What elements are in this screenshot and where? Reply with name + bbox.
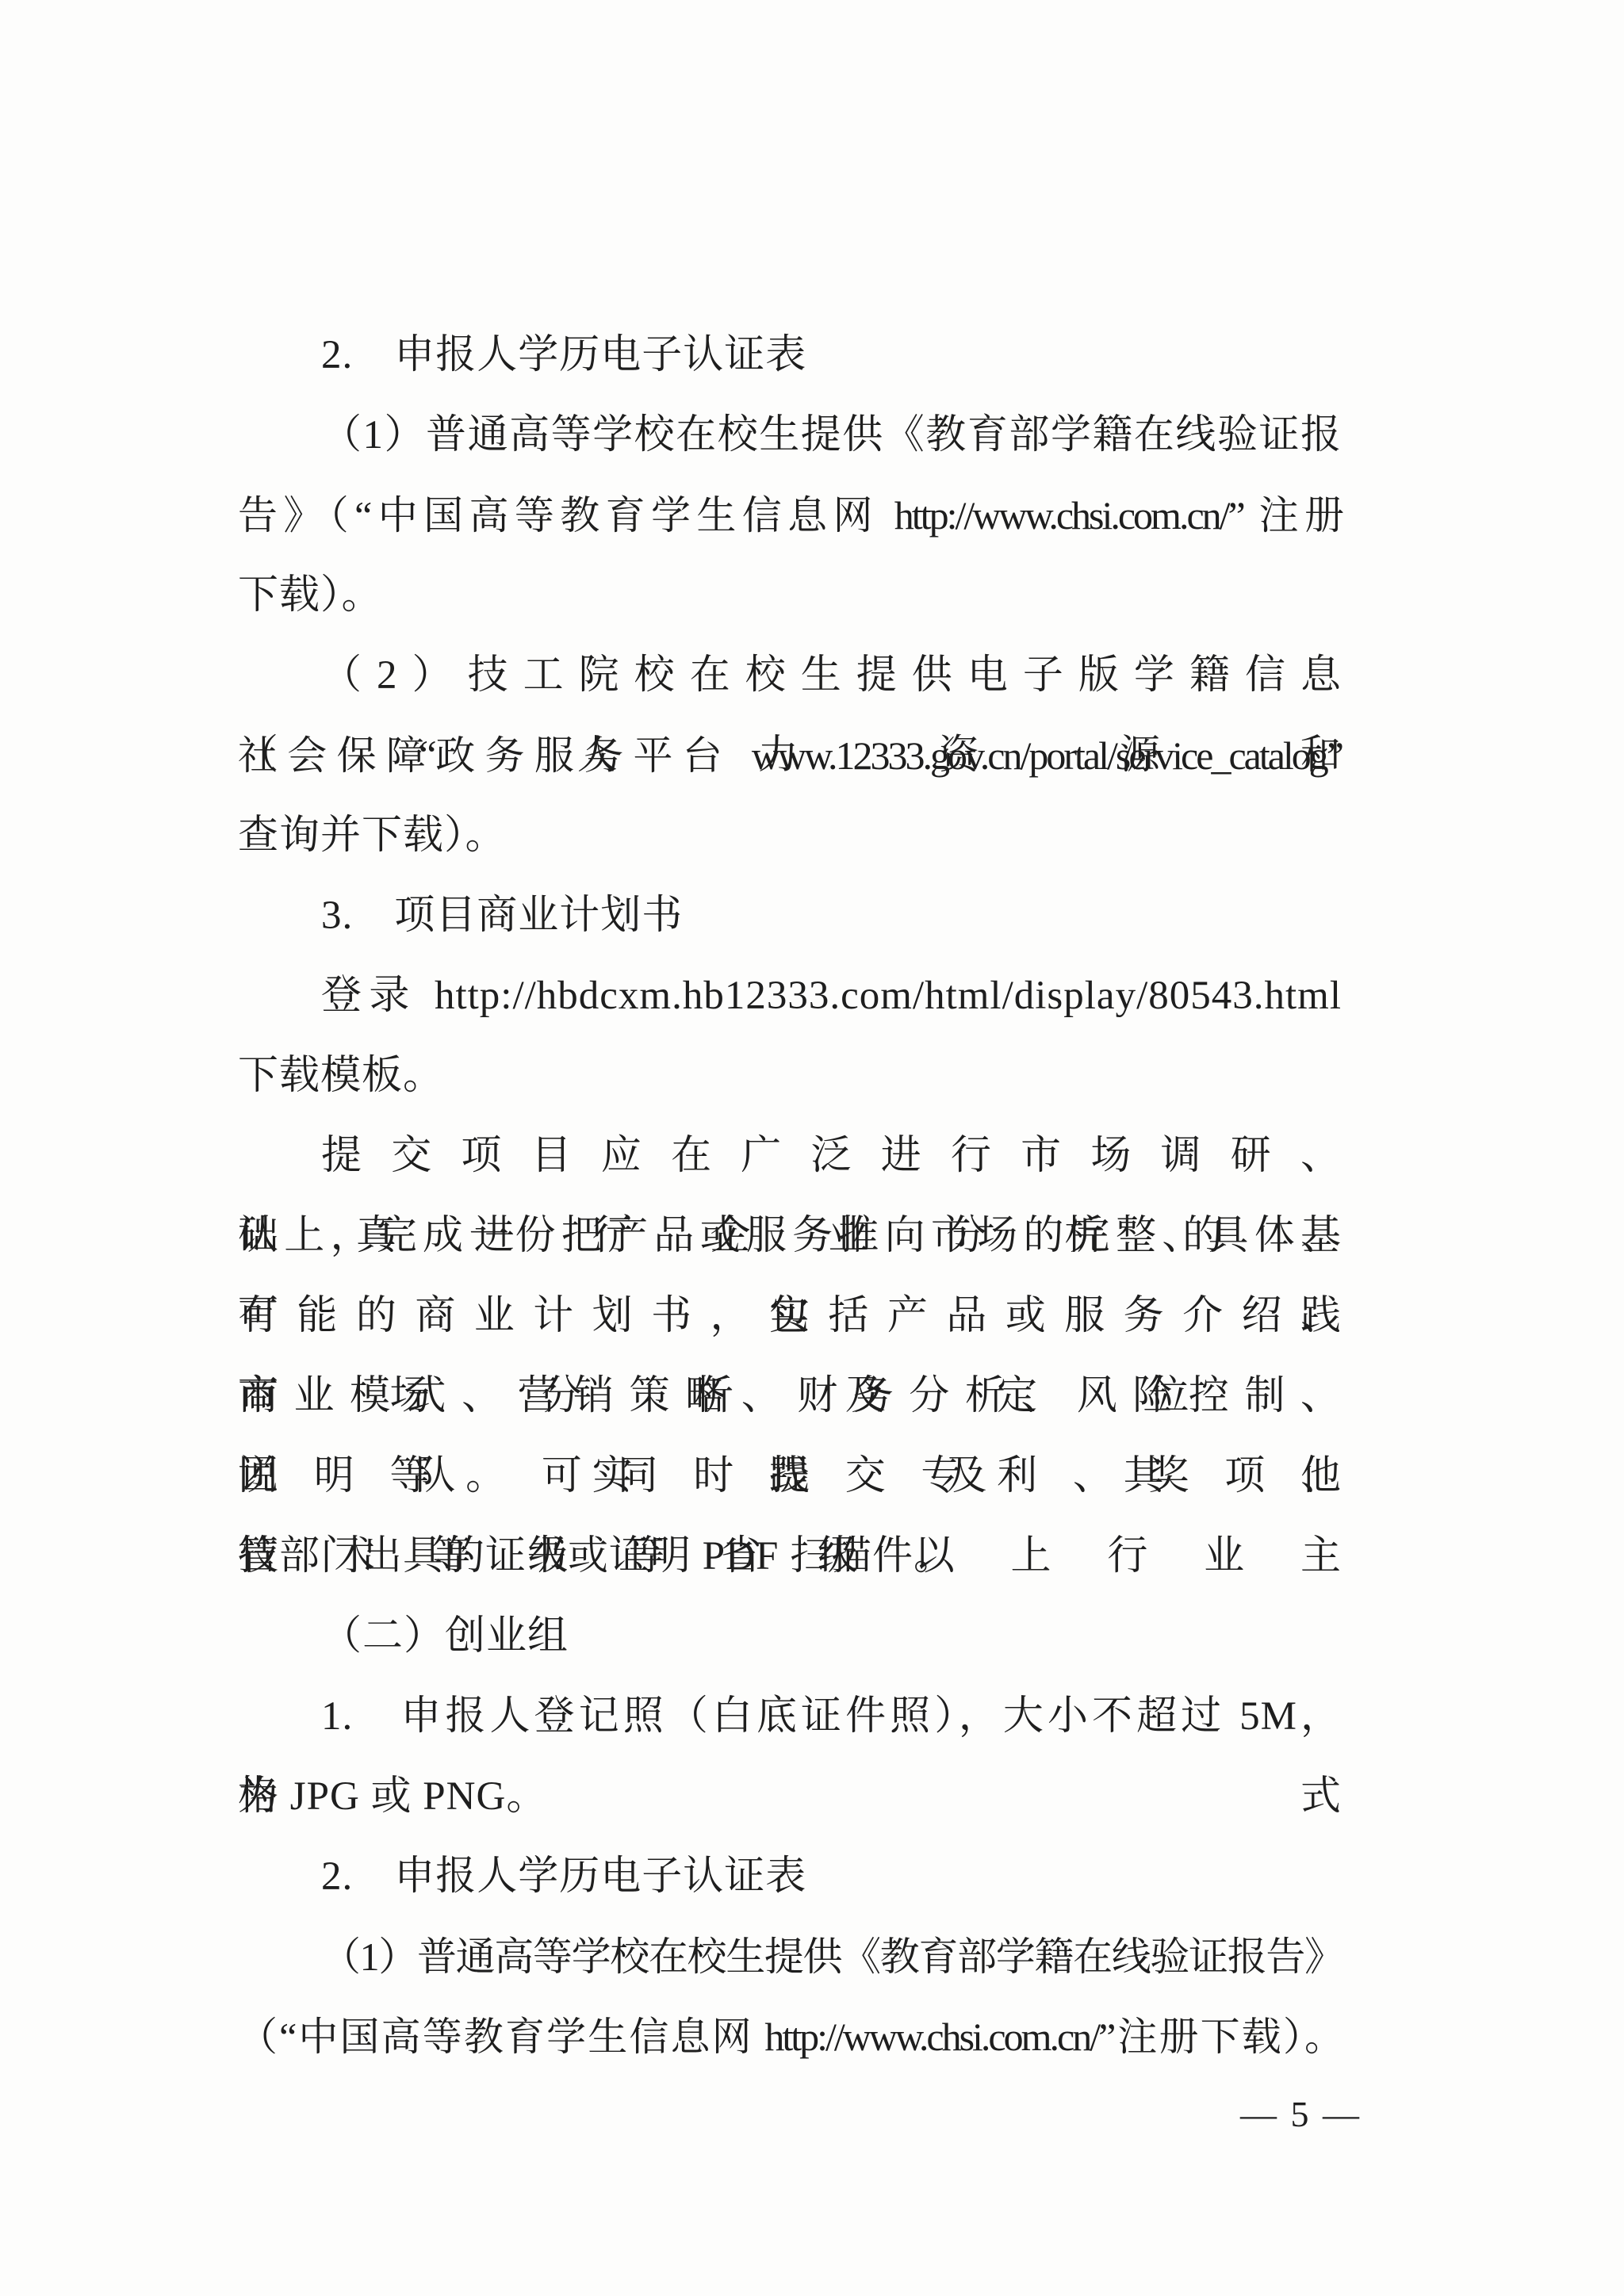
text-line: 可能的商业计划书，包括产品或服务介绍、市场分析及定位、 (238, 1276, 1342, 1357)
text-line: 3. 项目商业计划书 (238, 876, 1342, 956)
text-line: （1）普通高等学校在校生提供《教育部学籍在线验证报 (238, 396, 1342, 476)
text-line: 2. 申报人学历电子认证表 (238, 316, 1342, 396)
document-page: 2. 申报人学历电子认证表（1）普通高等学校在校生提供《教育部学籍在线验证报告》… (0, 0, 1624, 2296)
body-text: 2. 申报人学历电子认证表（1）普通高等学校在校生提供《教育部学籍在线验证报告》… (238, 316, 1342, 2077)
text-line: （二）创业组 (238, 1597, 1342, 1677)
text-line: 登录 http://hbdcxm.hb12333.com/html/displa… (238, 956, 1342, 1036)
text-line: 商业模式、营销策略、财务分析、风险控制、团队实践及其他 (238, 1357, 1342, 1437)
text-line: （1）普通高等学校在校生提供《教育部学籍在线验证报告》 (238, 1917, 1342, 1997)
text-line: 查询并下载）。 (238, 796, 1342, 876)
text-line: 社会保障政务服务平台 www.12333.gov.cn/portal/servi… (238, 716, 1342, 796)
text-line: 础上，完成一份把产品或服务推向市场的完整、具体、有实践 (238, 1196, 1342, 1276)
text-line: 1. 申报人登记照（白底证件照），大小不超过 5M，格式 (238, 1677, 1342, 1757)
text-line: 说明等。可同时提交专利、奖项、技术等级等省级以上行业主 (238, 1437, 1342, 1517)
text-line: 2. 申报人学历电子认证表 (238, 1837, 1342, 1917)
text-line: 下载）。 (238, 556, 1342, 636)
text-line: （2）技工院校在校生提供电子版学籍信息（“人力资源和 (238, 636, 1342, 716)
text-line: （“中国高等教育学生信息网 http://www.chsi.com.cn/”注册… (238, 1997, 1342, 2077)
text-line: 下载模板。 (238, 1036, 1342, 1116)
text-line: 告》（“中国高等教育学生信息网 http://www.chsi.com.cn/”… (238, 476, 1342, 556)
text-line: 提交项目应在广泛进行市场调研、认真进行企业分析的基 (238, 1116, 1342, 1196)
page-number: — 5 — (1240, 2087, 1362, 2142)
